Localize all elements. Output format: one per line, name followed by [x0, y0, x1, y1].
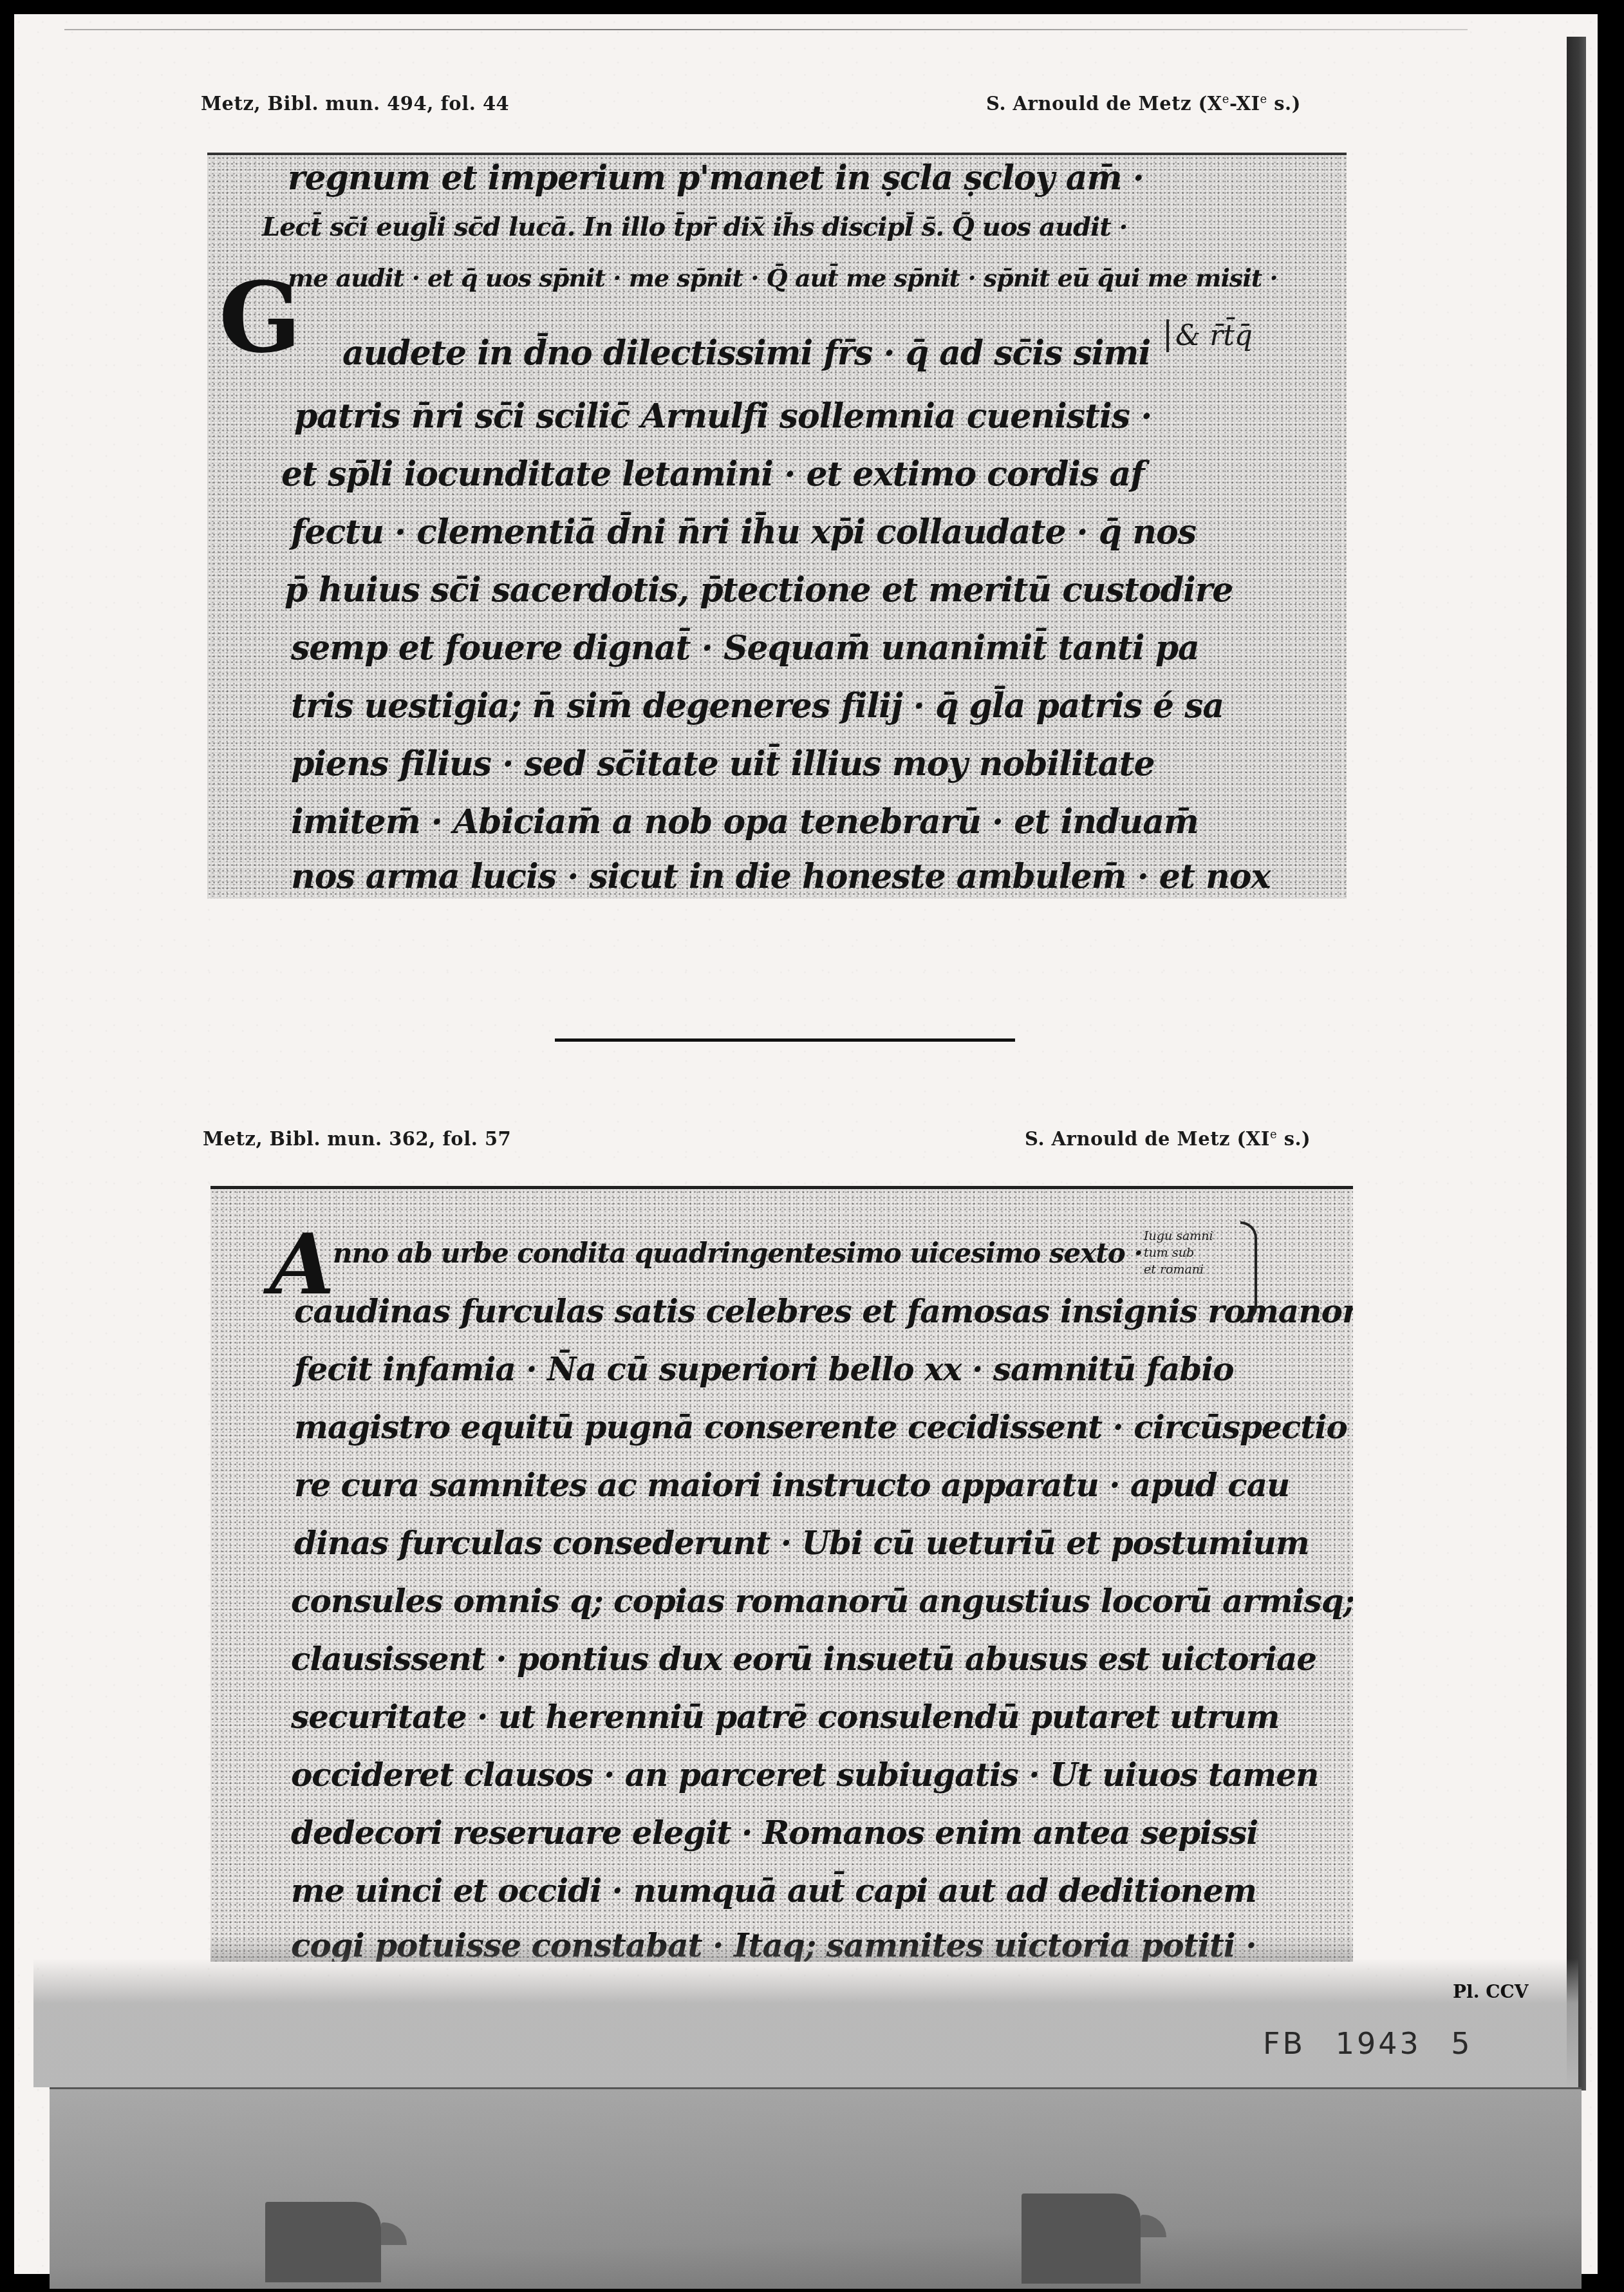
manuscript-line: consules omnis q; copias romanorū angus…	[291, 1582, 1353, 1620]
provenance-text: S. Arnould de Metz (X	[986, 93, 1222, 115]
manuscript-line: dedecori reseruare elegit · Romanos enim…	[291, 1814, 1258, 1852]
plate-1-provenance: S. Arnould de Metz (Xe-XIe s.)	[986, 93, 1301, 115]
gloss-line: Iugu samni	[1144, 1228, 1213, 1245]
marginal-gloss: Iugu samni tum sub et romani	[1144, 1228, 1213, 1278]
provenance-text: s.)	[1277, 1128, 1311, 1150]
manuscript-line: tris uestigia; n̄ sim̄ degeneres filij ·…	[291, 686, 1224, 726]
top-edge-line	[64, 29, 1468, 30]
manuscript-line: semp et fouere dignat̄ · Sequam̄ unanimi…	[291, 628, 1199, 668]
manuscript-line: securitate · ut herenniū patrē consule…	[291, 1698, 1279, 1736]
scan-shadow-band	[33, 1959, 1578, 2087]
gloss-bracket	[1240, 1221, 1257, 1323]
provenance-text: -XI	[1229, 93, 1260, 115]
manuscript-line: imitem̄ · Abiciam̄ a nob opa tenebrarū …	[291, 802, 1199, 841]
manuscript-line: patris n̄ri sc̄i scilic̄ Arnulfi sollemn…	[294, 397, 1152, 436]
gloss-line: tum sub	[1144, 1245, 1213, 1261]
manuscript-plate-2: A nno ab urbe condita quadringentesimo u…	[210, 1186, 1353, 1962]
manuscript-line: magistro equitū pugnā conserente cecid…	[294, 1408, 1347, 1446]
century-sup: e	[1222, 93, 1229, 106]
manuscript-line: me audit · et q̄ uos sp̄nit · me sp̄nit …	[288, 263, 1278, 292]
plate-sheet: Metz, Bibl. mun. 494, fol. 44 S. Arnould…	[14, 14, 1598, 2274]
manuscript-line: fectu · clementiā d̄ni n̄ri ih̄u xp̄i c…	[291, 512, 1196, 552]
marginal-note: & r̄t̄q̄	[1166, 319, 1253, 352]
manuscript-line: piens filius · sed sc̄itate uit̄ illius …	[291, 744, 1155, 784]
manuscript-line: occideret clausos · an parceret subiugat…	[291, 1756, 1318, 1794]
century-sup: e	[1270, 1128, 1277, 1141]
section-divider	[555, 1038, 1015, 1042]
plate-2-provenance: S. Arnould de Metz (XIe s.)	[1025, 1128, 1311, 1150]
plate-number: Pl. CCV	[1453, 1981, 1528, 2002]
binder-clip-left	[265, 2202, 381, 2282]
plate-1-shelfmark: Metz, Bibl. mun. 494, fol. 44	[201, 93, 509, 115]
manuscript-line: clausissent · pontius dux eorū insuetū…	[291, 1640, 1316, 1678]
manuscript-line: audete in d̄no dilectissimi fr̄s · q̄ ad…	[342, 333, 1150, 373]
gloss-line: et romani	[1144, 1261, 1213, 1278]
manuscript-line: p̄ huius sc̄i sacerdotis, p̄tectione et …	[285, 570, 1233, 610]
manuscript-line: et sp̄li iocunditate letamini · et extim…	[281, 455, 1144, 494]
manuscript-line: Lect̄ sc̄i eugl̄i sc̄d lucā. In illo t̄…	[262, 212, 1128, 242]
binder-clip-right	[1022, 2193, 1141, 2284]
provenance-text: s.)	[1267, 93, 1301, 115]
manuscript-line: nno ab urbe condita quadringentesimo uic…	[333, 1237, 1143, 1269]
manuscript-line: dinas furculas consederunt · Ubi cū uet…	[294, 1524, 1309, 1562]
manuscript-line: regnum et imperium p'manet in ṣcla ṣcl…	[288, 158, 1144, 198]
manuscript-line: cogi potuisse constabat · Itaq; samnites…	[291, 1926, 1256, 1962]
provenance-text: S. Arnould de Metz (XI	[1025, 1128, 1270, 1150]
archive-stamp: FB 1943 5	[1263, 2026, 1473, 2061]
manuscript-line: fecit infamia · N̄a cū superiori bello …	[294, 1350, 1234, 1388]
manuscript-line: caudinas furculas satis celebres et famo…	[294, 1292, 1353, 1330]
plate-2-shelfmark: Metz, Bibl. mun. 362, fol. 57	[203, 1128, 511, 1150]
manuscript-line: nos arma lucis · sicut in die honeste am…	[291, 857, 1271, 896]
manuscript-plate-1: G regnum et imperium p'manet in ṣcla ṣ…	[207, 153, 1347, 899]
manuscript-line: re cura samnites ac maiori instructo app…	[294, 1466, 1289, 1504]
manuscript-line: me uinci et occidi · numquā aut̄ capi a…	[291, 1872, 1256, 1910]
binding-shadow	[1567, 37, 1586, 2090]
century-sup: e	[1260, 93, 1267, 106]
